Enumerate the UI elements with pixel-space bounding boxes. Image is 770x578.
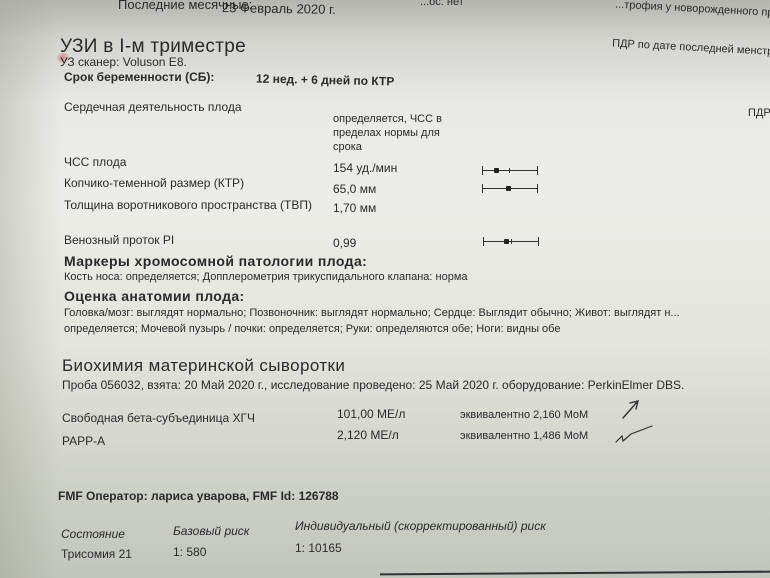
range-indicator [482,184,538,193]
risk-condition: Трисомия 21 [61,547,132,561]
measurement-label: Сердечная деятельность плода [64,100,242,114]
risk-individual-value: 1: 10165 [295,541,342,555]
measurement-label: Копчико-теменной размер (КТР) [64,176,244,190]
biochem-row-value: 2,120 МЕ/л [337,428,399,442]
risk-header-individual: Индивидуальный (скорректированный) риск [295,519,546,533]
risk-base-value: 1: 580 [173,545,206,559]
bottom-rule [380,571,770,576]
handwritten-arrow-icon [620,398,644,420]
measurement-value: 65,0 мм [333,182,376,196]
lmp-value: 23 Февраль 2020 г. [222,0,336,17]
biochem-title: Биохимия материнской сыворотки [62,356,345,376]
markers-text: Кость носа: определяется; Допплерометрия… [64,271,468,283]
measurement-label: Венозный проток PI [64,233,174,247]
risk-header-condition: Состояние [61,527,125,541]
biochem-row-mom: эквивалентно 2,160 MoM [460,409,588,421]
measurement-value: определяется, ЧСС в пределах нормы для с… [333,112,453,154]
biochem-row-name: Свободная бета-субъединица ХГЧ [62,411,255,425]
anatomy-line-2: определяется; Мочевой пузырь / почки: оп… [64,323,560,335]
markers-title: Маркеры хромосомной патологии плода: [64,253,367,269]
anatomy-line-1: Головка/мозг: выглядят нормально; Позвон… [64,307,680,319]
measurement-label: ЧСС плода [64,155,126,169]
edd-by-lmp-label: ПДР по дате последней менстру... [612,37,770,58]
anatomy-title: Оценка анатомии плода: [64,288,245,304]
range-indicator [482,166,538,175]
top-fragment-right: ...трофия у новорожденного пр... [615,0,770,19]
range-indicator [483,237,539,246]
biochem-row-value: 101,00 МЕ/л [337,407,405,421]
gestational-age-label: Срок беременности (СБ): [64,70,214,84]
measurement-value: 1,70 мм [333,201,376,215]
top-fragment-mid: ...ос: нет [420,0,464,8]
sample-info: Проба 056032, взята: 20 Май 2020 г., исс… [62,378,684,392]
measurement-value: 154 уд./мин [333,161,397,175]
measurement-value: 0,99 [333,236,356,250]
risk-header-base: Базовый риск [173,524,249,538]
biochem-row-name: PAPP-A [62,434,105,448]
biochem-row-mom: эквивалентно 1,486 MoM [460,430,588,442]
handwritten-check-icon [614,424,654,446]
scanner-info: УЗ сканер: Voluson E8. [60,55,187,69]
measurement-label: Толщина воротникового пространства (ТВП) [64,197,314,213]
edd-short-label: ПДР [748,107,770,119]
gestational-age-value: 12 нед. + 6 дней по КТР [256,72,395,89]
fmf-operator: FMF Оператор: лариса уварова, FMF Id: 12… [58,489,339,503]
